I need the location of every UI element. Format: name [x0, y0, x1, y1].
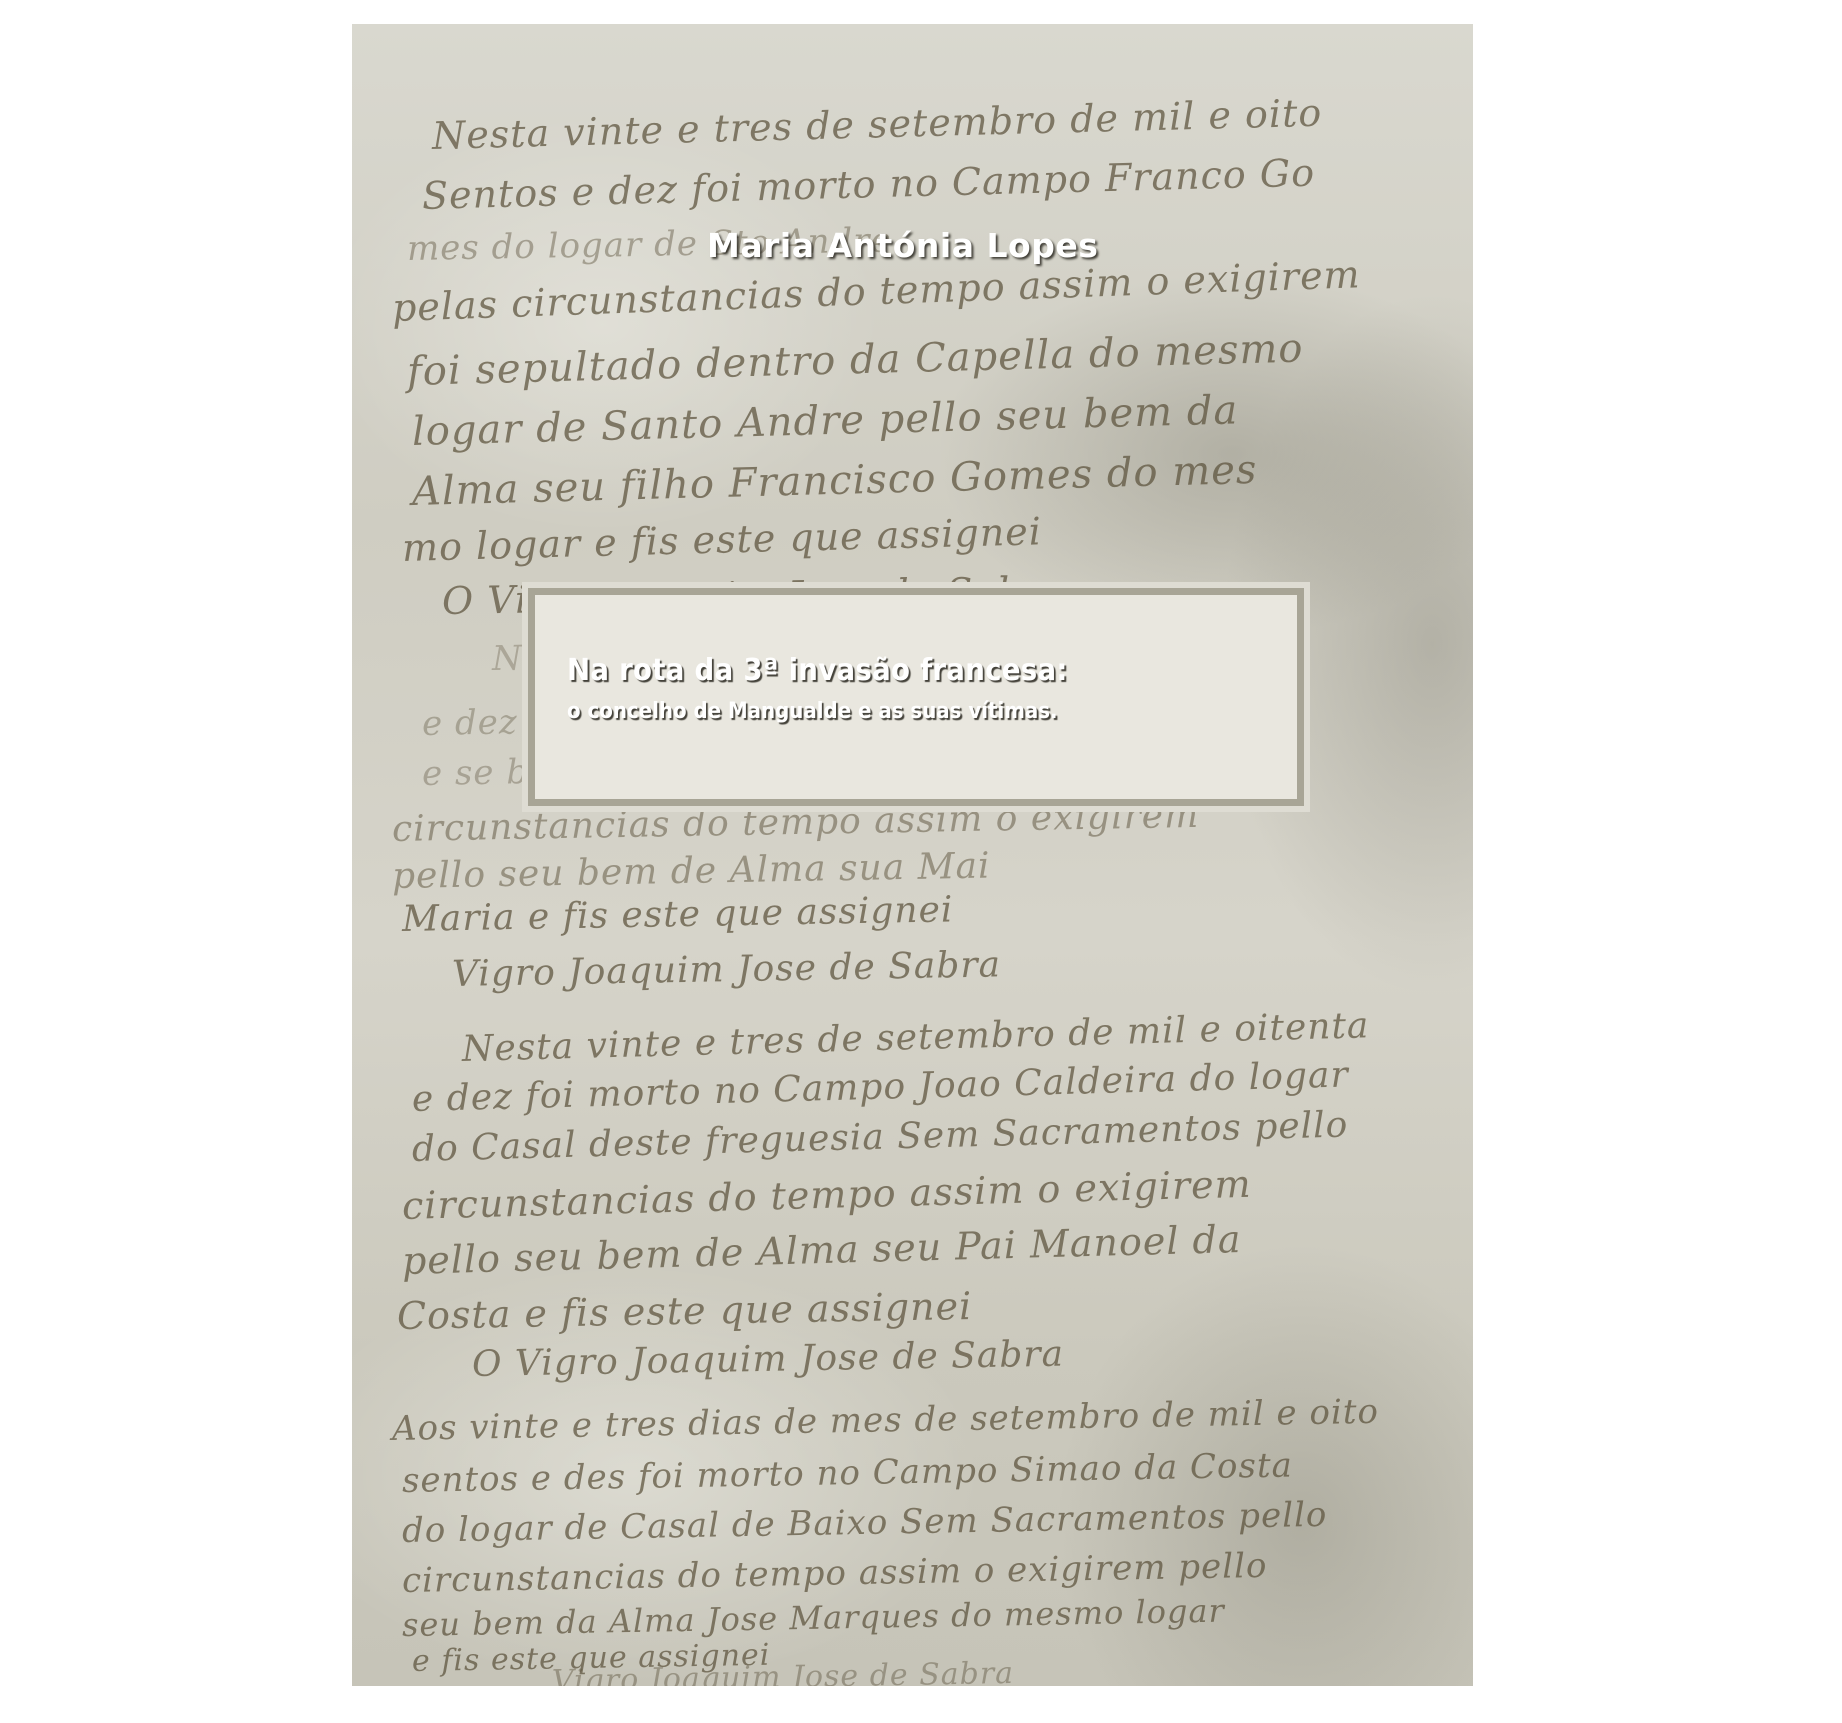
book-title: Na rota da 3ª invasão francesa: [567, 653, 1068, 688]
manuscript-line: Maria e fis este que assignei [402, 889, 954, 940]
manuscript-line: Aos vinte e tres dias de mes de setembro… [392, 1392, 1380, 1449]
manuscript-line: circunstancias do tempo assim o exigirem [401, 1162, 1252, 1228]
title-frame: Na rota da 3ª invasão francesa: o concel… [522, 582, 1310, 812]
manuscript-line: pello seu bem de Alma sua Mai [392, 846, 991, 897]
book-cover: Nesta vinte e tres de setembro de mil e … [352, 24, 1473, 1686]
manuscript-line: Sentos e dez foi morto no Campo Franco G… [421, 151, 1315, 218]
manuscript-line: pello seu bem de Alma seu Pai Manoel da [401, 1217, 1242, 1283]
manuscript-line: Vigro Joaquim Jose de Sabra [452, 944, 1002, 995]
manuscript-line: logar de Santo Andre pello seu bem da [411, 387, 1238, 455]
book-subtitle: o concelho de Mangualde e as suas vítima… [567, 699, 1058, 724]
manuscript-line: mo logar e fis este que assignei [401, 509, 1042, 570]
manuscript-line: Costa e fis este que assignei [397, 1284, 973, 1338]
author-name: Maria Antónia Lopes [707, 226, 1098, 265]
manuscript-line: O Vigro Joaquim Jose de Sabra [472, 1334, 1065, 1385]
manuscript-background: Nesta vinte e tres de setembro de mil e … [352, 24, 1473, 1686]
manuscript-line: sentos e des foi morto no Campo Simao da… [402, 1445, 1294, 1501]
manuscript-line: Alma seu filho Francisco Gomes do mes [411, 447, 1258, 515]
manuscript-line: seu bem da Alma Jose Marques do mesmo lo… [402, 1592, 1225, 1644]
manuscript-line: foi sepultado dentro da Capella do mesmo [406, 326, 1304, 395]
title-box: Na rota da 3ª invasão francesa: o concel… [528, 588, 1304, 806]
manuscript-line: do logar de Casal de Baixo Sem Sacrament… [402, 1495, 1328, 1551]
manuscript-line: Nesta vinte e tres de setembro de mil e … [431, 91, 1322, 158]
